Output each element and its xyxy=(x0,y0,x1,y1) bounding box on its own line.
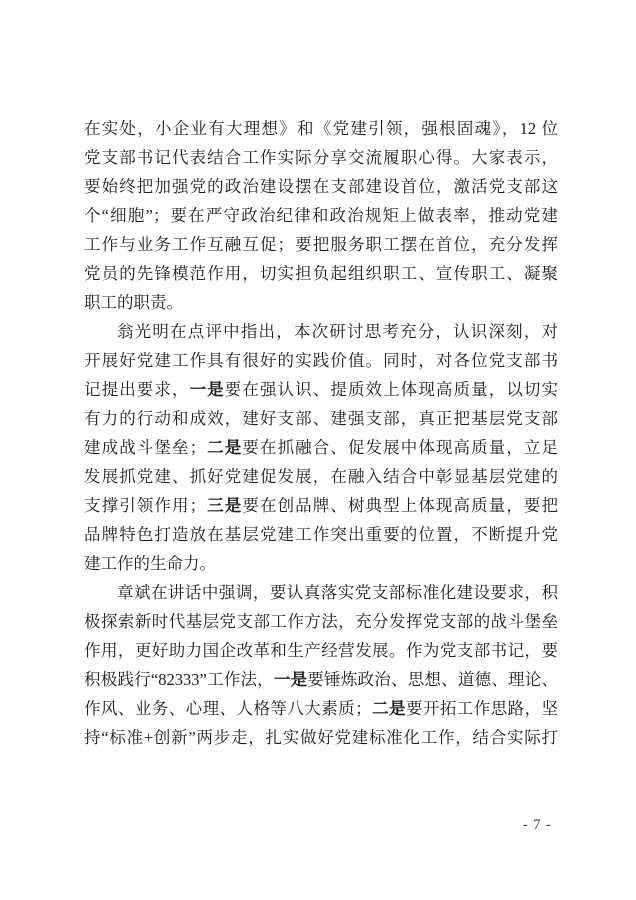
text-line: 工作与业务工作互融互促；要把服务职工摆在首位，充分发挥 xyxy=(84,230,558,259)
text-line: 建成战斗堡垒；二是要在抓融合、促发展中体现高质量，立足 xyxy=(84,433,558,462)
text-line: 记提出要求，一是要在强认识、提质效上体现高质量，以切实 xyxy=(84,375,558,404)
text-segment: 个“细胞”；要在严守政治纪律和政治规矩上做表率，推动党建 xyxy=(84,206,558,225)
text-line: 要始终把加强党的政治建设摆在支部建设首位，激活党支部这 xyxy=(84,172,558,201)
text-segment: 要在创品牌、树典型上体现高质量，要把 xyxy=(242,496,558,515)
text-segment: 有力的行动和成效，建好支部、建强支部，真正把基层党支部 xyxy=(84,409,558,428)
text-segment: 开展好党建工作具有很好的实践价值。同时，对各位党支部书 xyxy=(84,351,558,370)
text-line: 党支部书记代表结合工作实际分享交流履职心得。大家表示， xyxy=(84,143,558,172)
text-segment: 要开拓工作思路，坚 xyxy=(406,699,558,718)
text-line: 建工作的生命力。 xyxy=(84,549,558,578)
text-segment: 在实处，小企业有大理想》和《党建引领，强根固魂》，12 位 xyxy=(84,119,558,138)
text-segment: 持“标准+创新”两步走，扎实做好党建标准化工作，结合实际打 xyxy=(84,728,558,747)
text-segment: 发展抓党建、抓好党建促发展，在融入结合中彰显基层党建的 xyxy=(84,467,558,486)
text-line: 开展好党建工作具有很好的实践价值。同时，对各位党支部书 xyxy=(84,346,558,375)
text-line: 个“细胞”；要在严守政治纪律和政治规矩上做表率，推动党建 xyxy=(84,201,558,230)
text-line: 党员的先锋模范作用，切实担负起组织职工、宣传职工、凝聚 xyxy=(84,259,558,288)
text-segment: 极探索新时代基层党支部工作方法，充分发挥党支部的战斗堡垒 xyxy=(84,612,558,631)
text-segment: 作用，更好助力国企改革和生产经营发展。作为党支部书记，要 xyxy=(84,641,558,660)
text-segment: 品牌特色打造放在基层党建工作突出重要的位置，不断提升党 xyxy=(84,525,558,544)
text-line: 翁光明在点评中指出，本次研讨思考充分，认识深刻，对 xyxy=(84,317,558,346)
text-segment: 党支部书记代表结合工作实际分享交流履职心得。大家表示， xyxy=(84,148,558,167)
document-body: 在实处，小企业有大理想》和《党建引领，强根固魂》，12 位党支部书记代表结合工作… xyxy=(84,114,558,752)
text-segment: 章斌在讲话中强调，要认真落实党支部标准化建设要求，积 xyxy=(117,583,558,602)
text-segment: 工作与业务工作互融互促；要把服务职工摆在首位，充分发挥 xyxy=(84,235,558,254)
text-segment: 积极践行“82333”工作法， xyxy=(84,670,274,689)
text-line: 职工的职责。 xyxy=(84,288,558,317)
text-segment: 建工作的生命力。 xyxy=(84,554,216,573)
text-segment: 要始终把加强党的政治建设摆在支部建设首位，激活党支部这 xyxy=(84,177,558,196)
text-line: 积极践行“82333”工作法，一是要锤炼政治、思想、道德、理论、 xyxy=(84,665,558,694)
text-line: 极探索新时代基层党支部工作方法，充分发挥党支部的战斗堡垒 xyxy=(84,607,558,636)
text-segment: 记提出要求， xyxy=(84,380,190,399)
emphasis-text: 三是 xyxy=(206,496,242,515)
text-segment: 要锤炼政治、思想、道德、理论、 xyxy=(307,670,558,689)
text-segment: 作风、业务、心理、人格等八大素质； xyxy=(84,699,372,718)
document-page: 在实处，小企业有大理想》和《党建引领，强根固魂》，12 位党支部书记代表结合工作… xyxy=(0,0,636,900)
text-segment: 要在抓融合、促发展中体现高质量，立足 xyxy=(242,438,558,457)
text-line: 在实处，小企业有大理想》和《党建引领，强根固魂》，12 位 xyxy=(84,114,558,143)
text-line: 有力的行动和成效，建好支部、建强支部，真正把基层党支部 xyxy=(84,404,558,433)
text-line: 持“标准+创新”两步走，扎实做好党建标准化工作，结合实际打 xyxy=(84,723,558,752)
text-segment: 要在强认识、提质效上体现高质量，以切实 xyxy=(225,380,558,399)
emphasis-text: 一是 xyxy=(190,380,225,399)
text-line: 品牌特色打造放在基层党建工作突出重要的位置，不断提升党 xyxy=(84,520,558,549)
emphasis-text: 二是 xyxy=(206,438,242,457)
text-line: 支撑引领作用；三是要在创品牌、树典型上体现高质量，要把 xyxy=(84,491,558,520)
page-number: - 7 - xyxy=(523,817,552,834)
text-line: 作用，更好助力国企改革和生产经营发展。作为党支部书记，要 xyxy=(84,636,558,665)
text-line: 作风、业务、心理、人格等八大素质；二是要开拓工作思路，坚 xyxy=(84,694,558,723)
text-segment: 党员的先锋模范作用，切实担负起组织职工、宣传职工、凝聚 xyxy=(84,264,558,283)
text-segment: 翁光明在点评中指出，本次研讨思考充分，认识深刻，对 xyxy=(117,322,558,341)
emphasis-text: 二是 xyxy=(372,699,406,718)
text-segment: 职工的职责。 xyxy=(84,293,183,312)
emphasis-text: 一是 xyxy=(274,670,307,689)
text-line: 发展抓党建、抓好党建促发展，在融入结合中彰显基层党建的 xyxy=(84,462,558,491)
text-segment: 支撑引领作用； xyxy=(84,496,206,515)
text-line: 章斌在讲话中强调，要认真落实党支部标准化建设要求，积 xyxy=(84,578,558,607)
text-segment: 建成战斗堡垒； xyxy=(84,438,206,457)
